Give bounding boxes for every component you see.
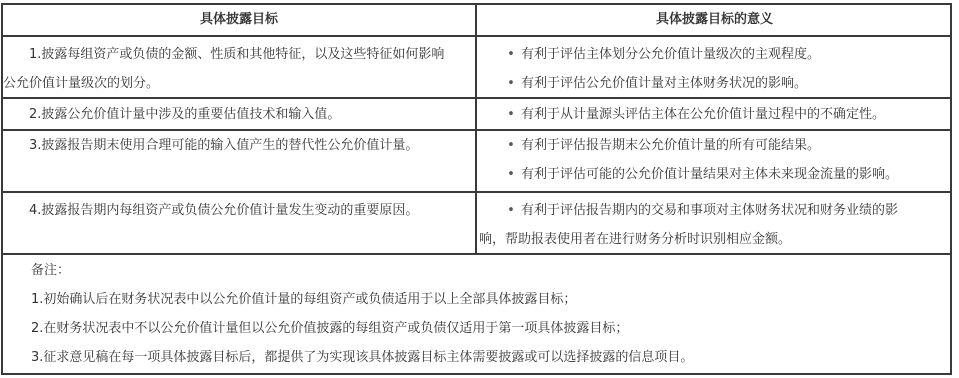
table-row: 2.披露公允价值计量中涉及的重要估值技术和输入值。 •有利于从计量源头评估主体在… [3, 99, 950, 131]
disclosure-objectives-table: 具体披露目标 具体披露目标的意义 1.披露每组资产或负债的金额、性质和其他特征，… [1, 3, 952, 375]
bullet-icon: • [505, 74, 517, 94]
list-item: •有利于评估公允价值计量对主体财务状况的影响。 [505, 74, 950, 94]
table-row: 4.披露报告期内每组资产或负债公允价值计量发生变动的重要原因。 •有利于评估报告… [3, 193, 950, 255]
significance-text: 响，帮助报表使用者在进行财务分析时识别相应金额。 [479, 230, 950, 250]
significance-cell: •有利于评估报告期内的交易和事项对主体财务状况和财务业绩的影 响，帮助报表使用者… [479, 193, 950, 253]
bullet-icon: • [505, 45, 517, 65]
note-item: 3.征求意见稿在每一项具体披露目标后，都提供了为实现该具体披露目标主体需要披露或… [31, 348, 950, 368]
significance-cell: •有利于从计量源头评估主体在公允价值计量过程中的不确定性。 [479, 99, 950, 129]
table-row: 3.披露报告期末使用合理可能的输入值产生的替代性公允价值计量。 •有利于评估报告… [3, 131, 950, 193]
list-item: •有利于评估可能的公允价值计量结果对主体未来现金流量的影响。 [505, 165, 950, 185]
objective-text: 4.披露报告期内每组资产或负债公允价值计量发生变动的重要原因。 [3, 201, 475, 221]
notes-cell: 备注： 1.初始确认后在财务状况表中以公允价值计量的每组资产或负债适用于以上全部… [3, 255, 950, 373]
objective-text: 2.披露公允价值计量中涉及的重要估值技术和输入值。 [3, 105, 475, 125]
objective-cell: 4.披露报告期内每组资产或负债公允价值计量发生变动的重要原因。 [3, 193, 477, 253]
list-item: •有利于评估主体划分公允价值计量级次的主观程度。 [505, 45, 950, 65]
notes-row: 备注： 1.初始确认后在财务状况表中以公允价值计量的每组资产或负债适用于以上全部… [3, 255, 950, 373]
bullet-icon: • [505, 165, 517, 185]
header-significance: 具体披露目标的意义 [479, 5, 950, 35]
list-item: •有利于评估报告期末公允价值计量的所有可能结果。 [505, 136, 950, 156]
objective-cell: 2.披露公允价值计量中涉及的重要估值技术和输入值。 [3, 99, 477, 129]
objective-cell: 1.披露每组资产或负债的金额、性质和其他特征，以及这些特征如何影响 公允价值计量… [3, 37, 477, 97]
table-row: 1.披露每组资产或负债的金额、性质和其他特征，以及这些特征如何影响 公允价值计量… [3, 37, 950, 99]
list-item: •有利于从计量源头评估主体在公允价值计量过程中的不确定性。 [505, 105, 950, 125]
significance-cell: •有利于评估报告期末公允价值计量的所有可能结果。 •有利于评估可能的公允价值计量… [479, 131, 950, 191]
objective-text: 1.披露每组资产或负债的金额、性质和其他特征，以及这些特征如何影响 [3, 45, 475, 65]
note-item: 1.初始确认后在财务状况表中以公允价值计量的每组资产或负债适用于以上全部具体披露… [31, 290, 950, 310]
objective-text: 3.披露报告期末使用合理可能的输入值产生的替代性公允价值计量。 [3, 136, 475, 156]
list-item: •有利于评估报告期内的交易和事项对主体财务状况和财务业绩的影 [505, 201, 950, 221]
objective-cell: 3.披露报告期末使用合理可能的输入值产生的替代性公允价值计量。 [3, 131, 477, 191]
bullet-icon: • [505, 136, 517, 156]
header-objective: 具体披露目标 [3, 5, 477, 35]
significance-cell: •有利于评估主体划分公允价值计量级次的主观程度。 •有利于评估公允价值计量对主体… [479, 37, 950, 97]
bullet-icon: • [505, 201, 517, 221]
table-header-row: 具体披露目标 具体披露目标的意义 [3, 5, 950, 37]
bullet-icon: • [505, 105, 517, 125]
note-item: 2.在财务状况表中不以公允价值计量但以公允价值披露的每组资产或负债仅适用于第一项… [31, 319, 950, 339]
objective-text: 公允价值计量级次的划分。 [3, 74, 475, 94]
notes-title: 备注： [31, 261, 950, 281]
